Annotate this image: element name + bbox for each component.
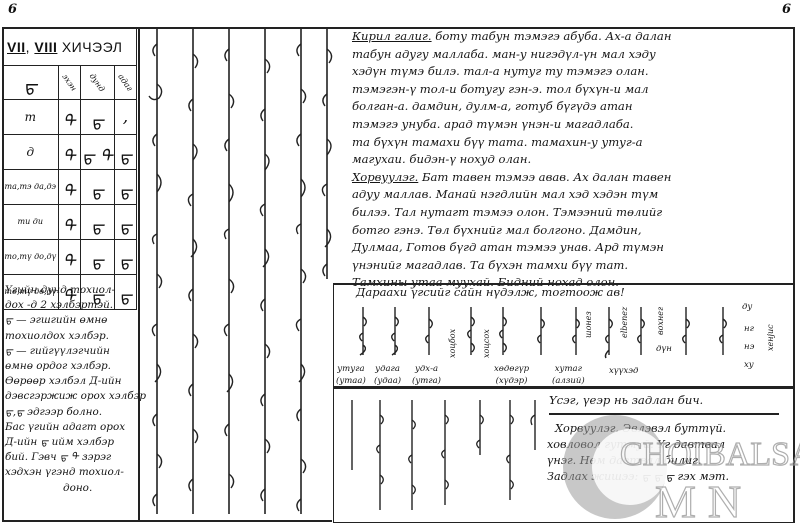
mongolian-script-text [145,24,335,524]
row-label: т [3,100,59,135]
text-line: та бүхүн тамахи бүү тата. тамахин-у утуг… [352,134,792,152]
vocab-extra: дүн [656,343,672,355]
script-strokes [255,24,275,519]
vertical-label: шонез [584,311,593,338]
exercise-instruction: Дараахи үгсийг сайн нүдэлж, тогтоож ав! [356,285,625,299]
table-row: то,тү до,дү ᠲ ᠳ ᠳ [3,240,137,275]
mongolian-word-glyph [534,305,548,360]
vertical-label: вохнег [656,307,665,335]
lesson-number-8: VIII [34,39,57,55]
final-form: ᠳ [114,240,136,275]
letter-forms-table: VII, VIII ХИЧЭЭЛ ᠳ эхэн дунд адаг т ᠲ ᠳ … [2,28,137,310]
mongolian-word-glyph [356,305,370,360]
mongolian-word-glyph [716,305,730,360]
text-line: табун адугу маллаба. ман-у нигэдүл-үн ма… [352,46,792,64]
mongolian-column-6 [317,24,337,284]
vocab-word: удх-а [412,363,441,375]
script-strokes [291,24,311,519]
vertical-label: хенjис [766,324,775,351]
text-line: болган-а. дамдин, дулм-а, готуб бүгүдэ а… [352,98,792,116]
medial-form: ᠳ [80,100,114,135]
note-line: дох -д 2 хэлбэртэй. [5,298,137,313]
text-line: адуу маллав. Манай нэгдлийн мал хэд хэдэ… [352,186,792,204]
reading-passage: Кирил галиг. боту табун тэмэгэ абуба. Ах… [352,28,792,292]
vocabulary-exercise: Дараахи үгсийг сайн нүдэлж, тогтоож ав! … [333,283,795,387]
vocab-word: утуга [336,363,366,375]
final-form: ᠳ [114,205,136,240]
vocab-item: хөдөгүр (хүдэр) [494,363,529,387]
text-line: тэмэгэ унуба. арад түмэн үнэн-и магадлаб… [352,116,792,134]
vocab-extra: хүүхэд [609,365,638,377]
vocab-modern: (утаа) [336,375,366,387]
left-column-divider [138,27,140,521]
text-line-content: Бат тавен тэмээ авав. Ах далан тавен [418,170,671,184]
table-row: ти ди ᠲ ᠳ ᠳ [3,205,137,240]
mongolian-sample-columns [340,395,540,515]
medial-form: ᠳ [80,240,114,275]
right-page-number: 6 [782,2,791,17]
proverb-line: ховловол гутмуй. Үг давтвал [547,437,729,453]
text-line: Дулмаа, Готов бүгд атан тэмээ унав. Ард … [352,239,792,257]
letter-usage-notes: Үгийн дунд тохиол- дох -д 2 хэлбэртэй. ᠳ… [5,283,137,496]
note-line: ᠳ — эгшгийн өмнө [5,313,137,328]
text-line: хэдүн түмэ билэ. тал-а нутуг ту тэмэгэ о… [352,63,792,81]
left-page-number: 6 [8,2,17,17]
proverb-line: Задлах жишээ: ᠳ ᠳ ᠳ гэх мэт. [547,469,729,485]
note-line: доно. [5,481,137,496]
mongolian-column-1 [147,24,167,519]
note-line: хэдхэн үгэнд тохиол- [5,465,137,480]
mongolian-word-glyph [602,305,616,360]
mongolian-column-2 [183,24,203,519]
header-medial: дунд [80,66,114,100]
proverb-lines: Хорвуулэг. Эвлэвэл буттүй. ховловол гутм… [547,421,729,485]
vertical-label: хоцсох [482,329,491,358]
initial-form: ᠲ [58,205,80,240]
instruction-underline [549,413,779,415]
vocab-extra: ду [742,301,752,313]
script-strokes [183,24,203,519]
vocab-extra: ху [744,359,754,371]
vocab-modern: (алзий) [552,375,585,387]
note-line: бий. Гэвч ᠳ ᠲ зэрэг [5,450,137,465]
note-line: Д-ийн ᠳ ийм хэлбэр [5,435,137,450]
row-label: та,тэ да,дэ [3,170,59,205]
vocab-word: удага [374,363,401,375]
syllable-exercise: Үсэг, үеэр нь задлан бич. Хорвуулэг. Эвл… [333,387,795,523]
initial-form: ᠲ [58,170,80,205]
final-form: , [114,100,136,135]
row-label: д [3,135,59,170]
mongolian-column-5 [291,24,311,519]
vocab-extra: нг [744,323,754,335]
mongolian-word-glyph [388,305,402,360]
text-line: билээ. Тал нутагт тэмээ олон. Тэмээний т… [352,204,792,222]
table-row: т ᠲ ᠳ , [3,100,137,135]
note-line: өмнө ордог хэлбэр. [5,359,137,374]
mongolian-word-glyph [422,305,436,360]
header-medial-label: дунд [88,72,107,94]
syllable-instruction: Үсэг, үеэр нь задлан бич. [549,393,703,407]
vocab-modern: (удаа) [374,375,401,387]
text-line: тэмэгэн-ү тол-и ботугу гэн-э. тол бүхүн-… [352,81,792,99]
text-line: магухаи. бидэн-ү нохуд олан. [352,151,792,169]
vertical-label: elbenez [620,307,629,338]
table-row: та,тэ да,дэ ᠲ ᠳ ᠳ [3,170,137,205]
lesson-title-separator: , [26,39,30,55]
note-line: дэвсгэржиж орох хэлбэр [5,389,137,404]
header-initial-label: эхэн [60,72,78,93]
translation-heading: Хорвуулэг. [352,170,418,184]
text-line: Хорвуулэг. Бат тавен тэмээ авав. Ах дала… [352,169,792,187]
medial-form: ᠳ [80,205,114,240]
initial-form: ᠲ [58,240,80,275]
note-line: ᠳ,ᠳ эдгээр болно. [5,405,137,420]
mongolian-word-glyph [634,305,648,360]
proverb-line: Хорвуулэг. Эвлэвэл буттүй. [547,421,729,437]
text-line: ботго гэнэ. Төл бүхнийг мал болгоно. Дам… [352,222,792,240]
mongolian-word-glyph [464,305,478,360]
mongolian-word-glyph [569,305,583,360]
initial-form: ᠲ [58,135,80,170]
text-line: Кирил галиг. боту табун тэмэгэ абуба. Ах… [352,28,792,46]
vocab-modern: (хүдэр) [494,375,529,387]
lesson-word: ХИЧЭЭЛ [62,39,123,55]
header-final-label: адаг [116,72,134,92]
row-label: то,тү до,дү [3,240,59,275]
vocab-modern: (утга) [412,375,441,387]
vocab-word: хутаг [552,363,585,375]
initial-form: ᠲ [58,100,80,135]
lesson-number-7: VII [7,39,26,55]
mongolian-word-glyph [496,305,510,360]
lesson-title: VII, VIII ХИЧЭЭЛ [3,29,137,66]
vocab-extra: нэ [744,341,754,353]
cyrillic-transliteration-heading: Кирил галиг. [352,29,432,43]
header-final: адаг [114,66,136,100]
text-line-content: боту табун тэмэгэ абуба. Ах-а далан [432,29,672,43]
text-line: үнэнийг магадлав. Та бүхэн тамхи бүү тат… [352,257,792,275]
vertical-label: хоцбох [448,329,457,358]
vocab-word: хөдөгүр [494,363,529,375]
medial-form: ᠳ [80,170,114,205]
table-row: д ᠲ ᠳ ᠲ ᠳ [3,135,137,170]
note-line: тохиолдох хэлбэр. [5,329,137,344]
header-initial: эхэн [58,66,80,100]
note-line: Өөрөөр хэлбэл Д-ийн [5,374,137,389]
script-strokes [317,24,337,284]
note-line: Үгийн дунд тохиол- [5,283,137,298]
header-letter-glyph: ᠳ [3,66,59,100]
script-strokes [219,24,239,519]
note-line: Бас үгийн адагт орох [5,420,137,435]
script-strokes [147,24,167,519]
row-label: ти ди [3,205,59,240]
mongolian-word-glyph [679,305,693,360]
proverb-line: үнэг. Нөм давтвал билиг. [547,453,729,469]
note-line: ᠳ — гийгүүлэгчийн [5,344,137,359]
vocab-item: утуга (утаа) [336,363,366,387]
final-form: ᠳ [114,135,136,170]
medial-form: ᠳ ᠲ [80,135,114,170]
vocab-item: хутаг (алзий) [552,363,585,387]
vocab-item: удага (удаа) [374,363,401,387]
final-form: ᠳ [114,170,136,205]
vocab-item: удх-а (утга) [412,363,441,387]
table-header-row: ᠳ эхэн дунд адаг [3,66,137,100]
mongolian-column-3 [219,24,239,519]
mongolian-column-4 [255,24,275,519]
